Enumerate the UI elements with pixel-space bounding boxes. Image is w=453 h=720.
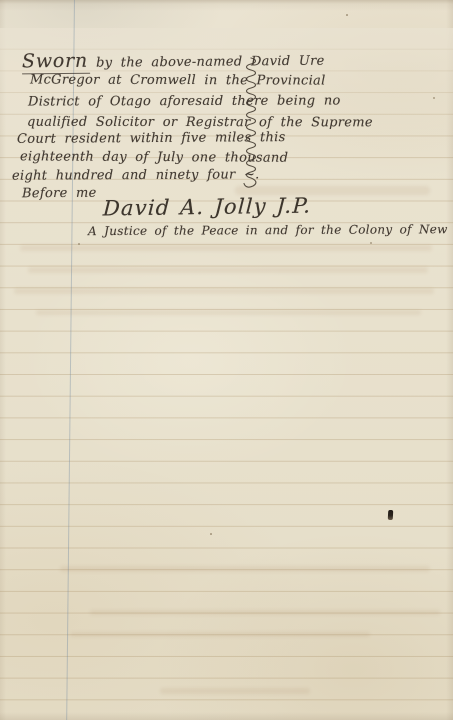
sworn-word: Sworn	[22, 50, 90, 75]
ink-bleed-smudge	[90, 610, 440, 615]
ink-bleed-smudge	[160, 688, 310, 694]
paper-speck	[346, 14, 348, 16]
affidavit-page: Swornby the above-named David Ure McGreg…	[0, 0, 453, 720]
ink-bleed-smudge	[36, 310, 421, 315]
jurat-line-7: eight hundred and ninety four ~.	[12, 168, 260, 182]
jurat-line-3: District of Otago aforesaid there being …	[28, 94, 341, 108]
jurat-line-1-text: by the above-named David Ure	[96, 54, 325, 71]
ink-blot	[388, 510, 394, 520]
jurat-line-6: eighteenth day of July one thousand	[20, 150, 288, 164]
paper-speck	[370, 242, 372, 244]
paper-speck	[78, 243, 80, 245]
ink-bleed-smudge	[28, 267, 428, 273]
jurat-line-5: Court resident within five miles this	[17, 131, 286, 146]
ink-bleed-smudge	[70, 632, 370, 637]
ink-bleed-smudge	[14, 288, 434, 294]
jurat-line-4: qualified Solicitor or Registrar of the …	[27, 116, 373, 130]
justice-title-line: A Justice of the Peace in and for the Co…	[88, 223, 453, 237]
ink-bleed-smudge	[60, 566, 430, 572]
paper-speck	[433, 97, 435, 99]
jurat-line-2: McGregor at Cromwell in the Provincial	[30, 73, 326, 87]
justice-signature: David A. Jolly J.P.	[102, 196, 312, 220]
paper-speck	[210, 533, 212, 535]
before-me-line: Before me	[22, 187, 97, 201]
ink-bleed-smudge	[20, 245, 432, 251]
jurat-line-sworn: Swornby the above-named David Ure	[22, 50, 325, 72]
